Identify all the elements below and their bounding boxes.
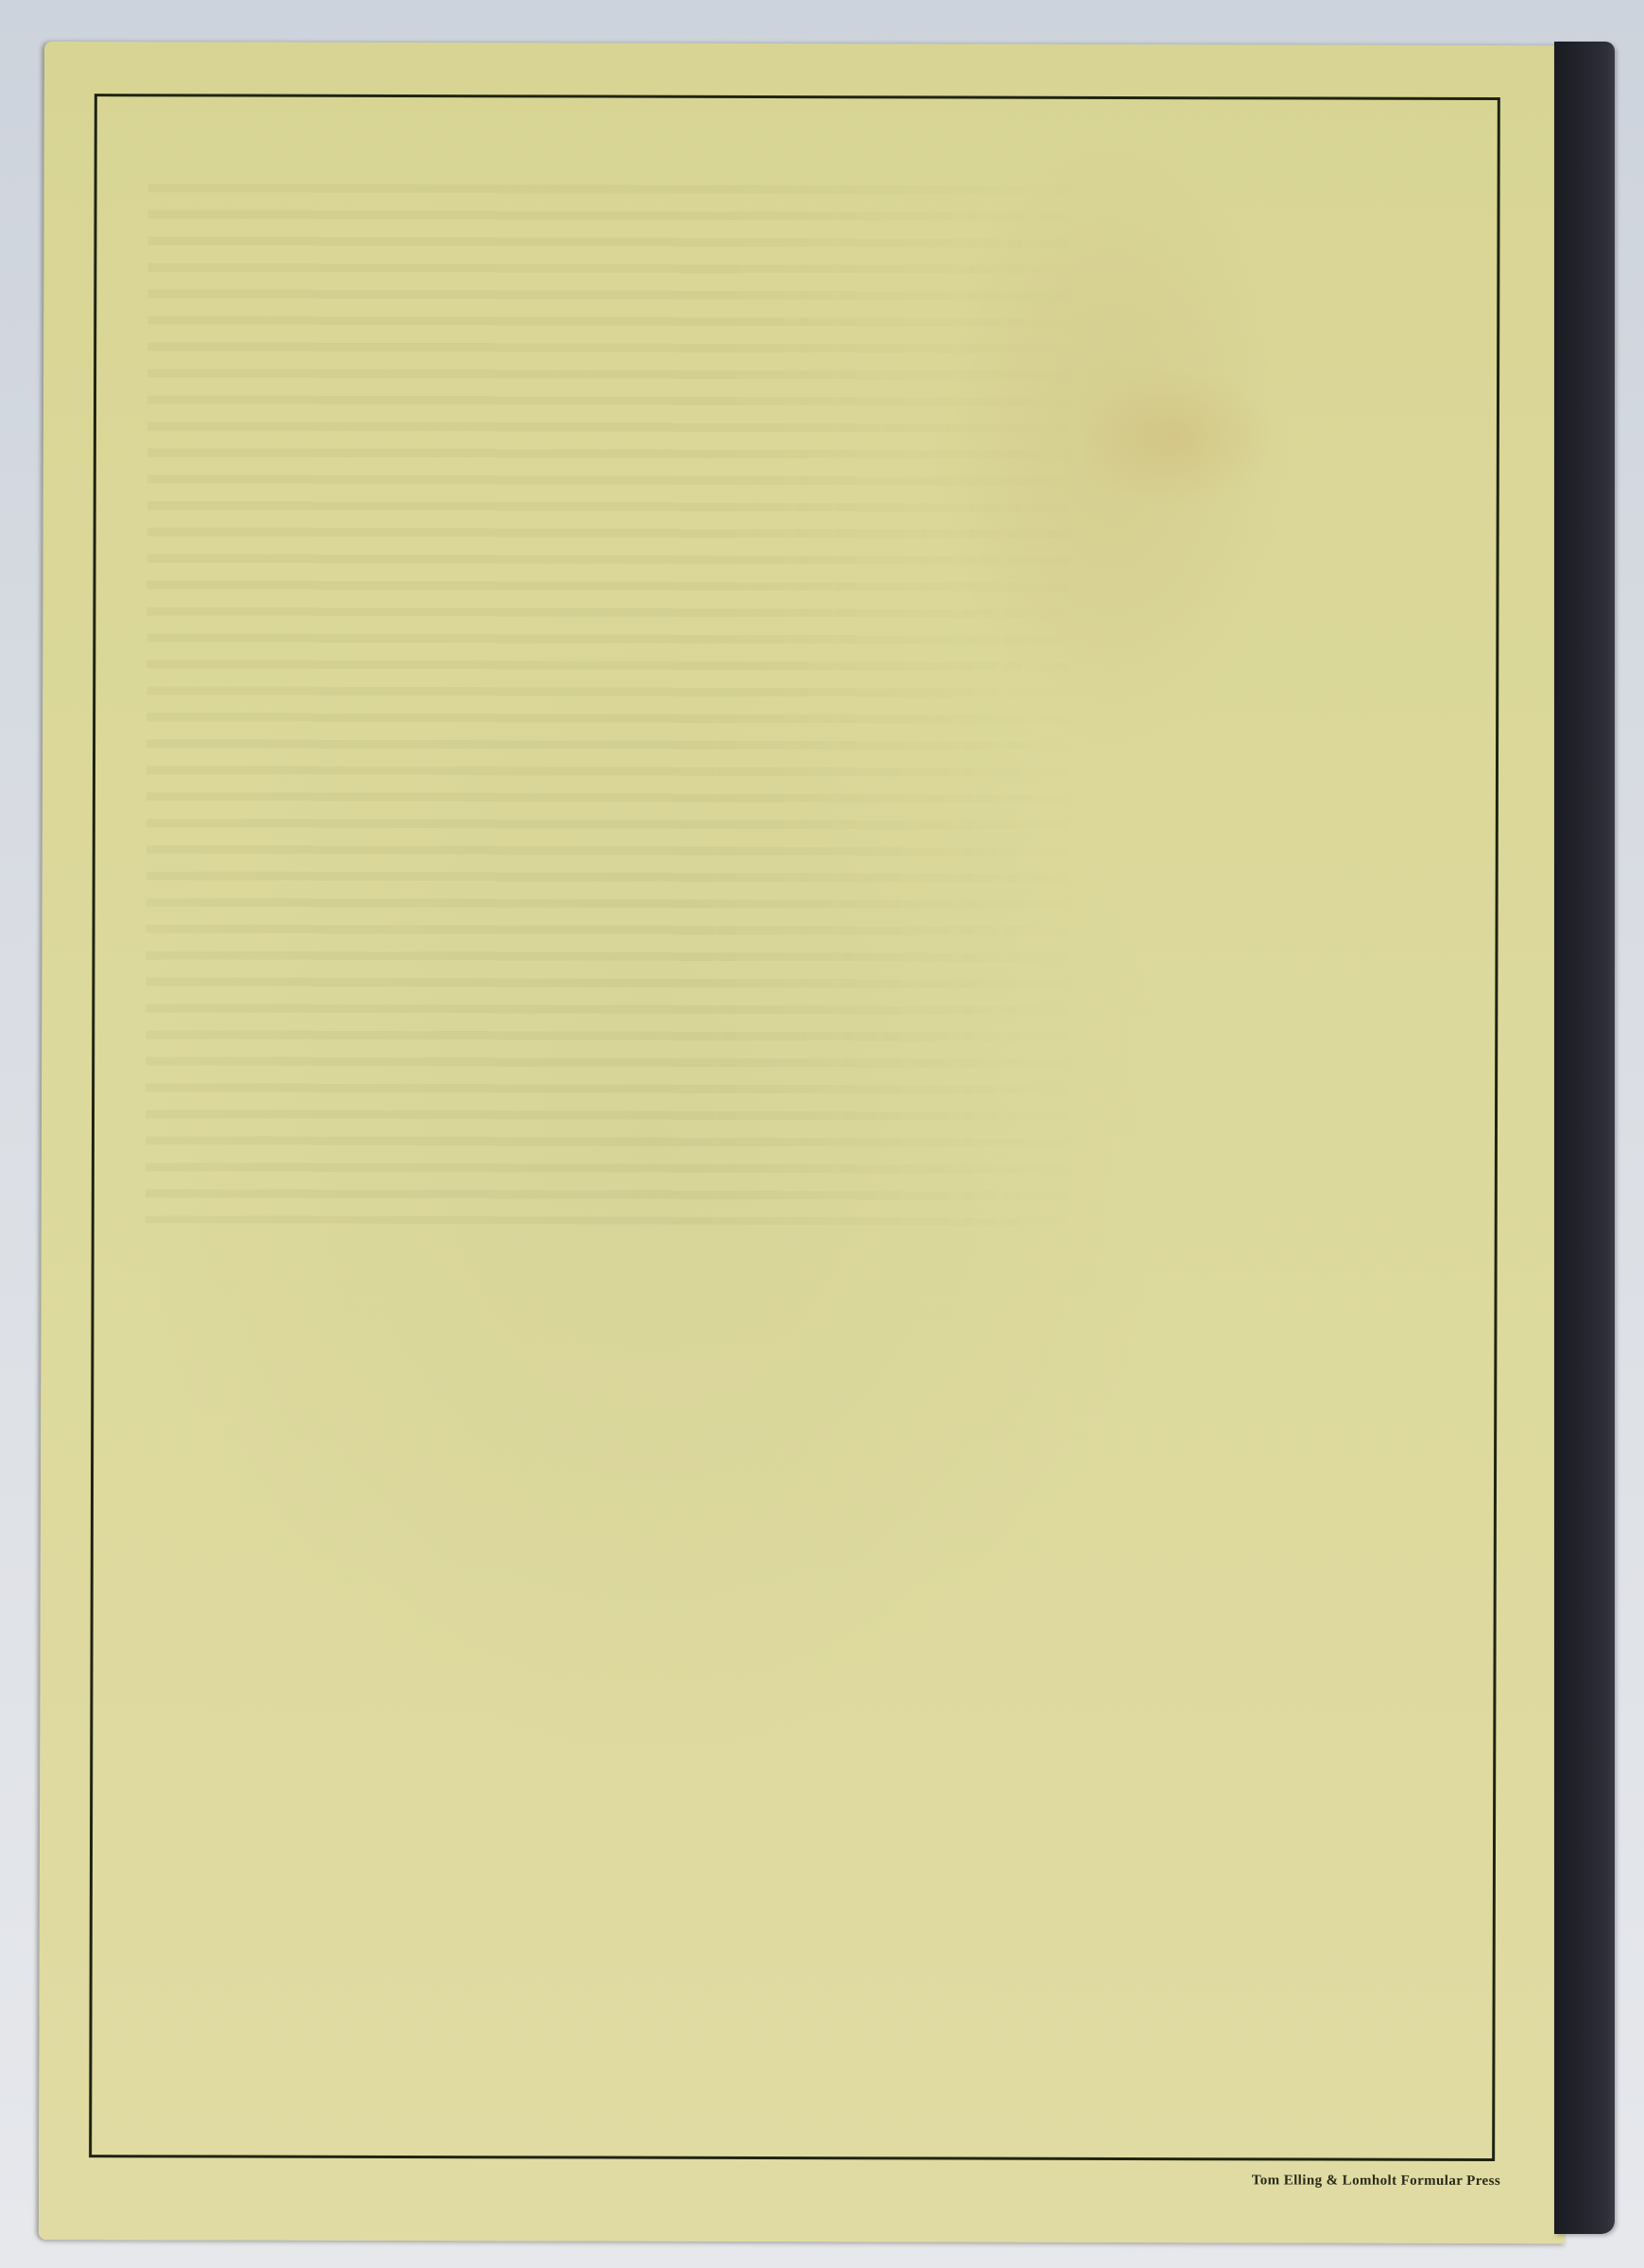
document-page: Tom Elling & Lomholt Formular Press	[39, 42, 1570, 2243]
page-border-frame	[89, 94, 1500, 2161]
binding-strip	[1554, 42, 1615, 2234]
printer-imprint: Tom Elling & Lomholt Formular Press	[1252, 2173, 1500, 2190]
